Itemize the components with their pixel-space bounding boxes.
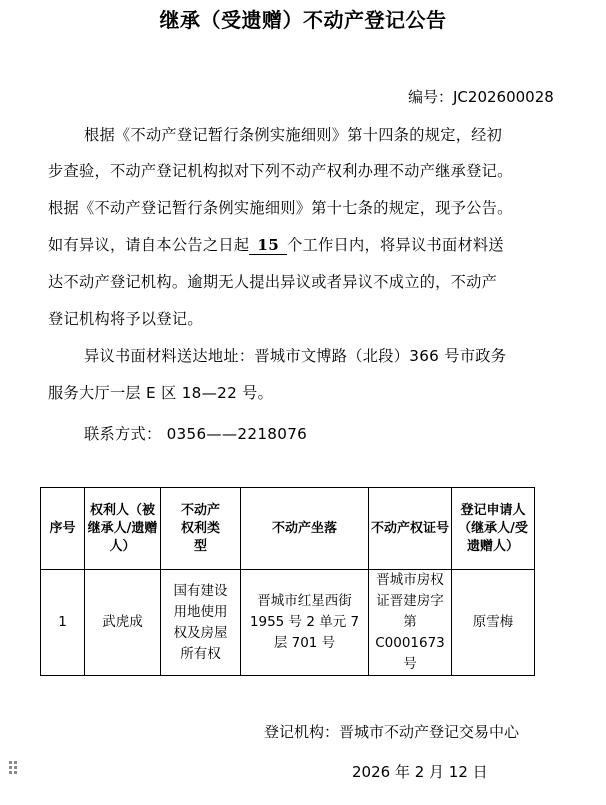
cell-right-holder: 武虎成	[85, 570, 161, 676]
paragraph-1-line-4: 如有异议，请自本公告之日起15个工作日内，将异议书面材料送	[48, 234, 504, 255]
objection-period-suffix: 个工作日内，将异议书面材料送	[287, 236, 504, 254]
contact-info: 联系方式： 0356——2218076	[84, 423, 307, 444]
cell-applicant: 原雪梅	[452, 570, 535, 676]
page-title: 继承（受遗赠）不动产登记公告	[0, 4, 606, 33]
header-certificate-no: 不动产权证号	[369, 488, 452, 570]
header-right-holder: 权利人（被继承人/遗赠人）	[85, 488, 161, 570]
announcement-date: 2026 年 2 月 12 日	[352, 761, 488, 782]
registration-table: 序号 权利人（被继承人/遗赠人） 不动产权利类型 不动产坐落 不动产权证号 登记…	[40, 487, 535, 676]
table-row: 1 武虎成 国有建设用地使用权及房屋所有权 晋城市红星西街 1955 号 2 单…	[41, 570, 535, 676]
cell-index: 1	[41, 570, 85, 676]
registration-organization: 登记机构：晋城市不动产登记交易中心	[264, 721, 519, 742]
paragraph-1-line-3: 根据《不动产登记暂行条例实施细则》第十七条的规定，现予公告。	[48, 197, 513, 218]
table-header-row: 序号 权利人（被继承人/遗赠人） 不动产权利类型 不动产坐落 不动产权证号 登记…	[41, 488, 535, 570]
objection-period-prefix: 如有异议，请自本公告之日起	[48, 236, 249, 254]
cell-right-type: 国有建设用地使用权及房屋所有权	[161, 570, 241, 676]
paragraph-1-line-6: 登记机构将予以登记。	[48, 308, 203, 329]
header-location: 不动产坐落	[241, 488, 369, 570]
header-index: 序号	[41, 488, 85, 570]
address-line-1: 异议书面材料送达地址：晋城市文博路（北段）366 号市政务	[84, 345, 506, 366]
paragraph-1-line-5: 达不动产登记机构。逾期无人提出异议或者异议不成立的，不动产	[48, 271, 497, 292]
cell-location: 晋城市红星西街 1955 号 2 单元 7 层 701 号	[241, 570, 369, 676]
header-applicant: 登记申请人（继承人/受遗赠人）	[452, 488, 535, 570]
paragraph-1-line-2: 步查验，不动产登记机构拟对下列不动产权利办理不动产继承登记。	[48, 160, 513, 181]
header-right-type: 不动产权利类型	[161, 488, 241, 570]
objection-days: 15	[249, 237, 287, 255]
paragraph-1-line-1: 根据《不动产登记暂行条例实施细则》第十四条的规定，经初	[84, 124, 502, 145]
cell-certificate-no: 晋城市房权证晋建房字第 C0001673 号	[369, 570, 452, 676]
address-line-2: 服务大厅一层 E 区 18—22 号。	[48, 382, 273, 403]
drag-handle-icon[interactable]	[9, 761, 19, 775]
document-number: 编号：JC202600028	[408, 86, 554, 107]
